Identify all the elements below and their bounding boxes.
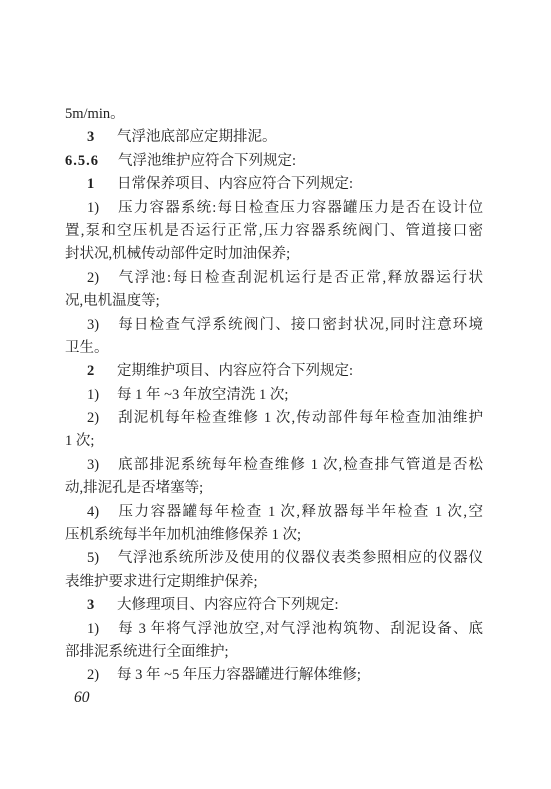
text-line: 1)每 3 年将气浮池放空,对气浮池构筑物、刮泥设备、底 (65, 618, 483, 641)
line-number: 5) (87, 547, 117, 570)
text-line: 封状况,机械传动部件定时加油保养; (65, 243, 483, 266)
line-number: 1) (87, 618, 117, 641)
text-line: 3大修理项目、内容应符合下列规定: (65, 594, 483, 617)
line-text: 封状况,机械传动部件定时加油保养; (65, 246, 290, 262)
text-line: 3气浮池底部应定期排泥。 (65, 126, 483, 149)
line-text: 卫生。 (65, 340, 109, 356)
line-text: 刮泥机每年检查维修 1 次,传动部件每年检查加油维护 (117, 410, 483, 426)
text-line: 置,泵和空压机是否运行正常,压力容器系统阀门、管道接口密 (65, 220, 483, 243)
text-line: 5m/min。 (65, 103, 483, 126)
line-text: 置,泵和空压机是否运行正常,压力容器系统阀门、管道接口密 (65, 223, 483, 239)
line-text: 气浮池:每日检查刮泥机运行是否正常,释放器运行状 (117, 270, 483, 286)
line-text: 气浮池系统所涉及使用的仪器仪表类参照相应的仪器仪 (117, 550, 483, 566)
line-number: 2) (87, 407, 117, 430)
line-text: 每日检查气浮系统阀门、接口密封状况,同时注意环境 (117, 317, 483, 333)
line-text: 气浮池底部应定期排泥。 (117, 129, 277, 145)
text-line: 压机系统每半年加机油维修保养 1 次; (65, 524, 483, 547)
line-text: 气浮池维护应符合下列规定: (118, 153, 296, 169)
text-line: 3)底部排泥系统每年检查维修 1 次,检查排气管道是否松 (65, 454, 483, 477)
text-line: 2)气浮池:每日检查刮泥机运行是否正常,释放器运行状 (65, 267, 483, 290)
line-text: 每 3 年将气浮池放空,对气浮池构筑物、刮泥设备、底 (117, 621, 483, 637)
line-text: 日常保养项目、内容应符合下列规定: (117, 176, 353, 192)
text-block: 5m/min。3气浮池底部应定期排泥。6.5.6气浮池维护应符合下列规定:1日常… (65, 103, 483, 688)
line-number: 3) (87, 454, 117, 477)
line-text: 况,电机温度等; (65, 293, 160, 309)
text-line: 1)每 1 年 ~3 年放空清洗 1 次; (65, 384, 483, 407)
line-number: 1 (87, 173, 117, 196)
text-line: 动,排泥孔是否堵塞等; (65, 477, 483, 500)
line-text: 每 3 年 ~5 年压力容器罐进行解体维修; (117, 667, 361, 683)
text-line: 2)每 3 年 ~5 年压力容器罐进行解体维修; (65, 664, 483, 687)
line-number: 2 (87, 360, 117, 383)
text-line: 况,电机温度等; (65, 290, 483, 313)
line-number: 3 (87, 126, 117, 149)
text-line: 1 次; (65, 430, 483, 453)
text-line: 5)气浮池系统所涉及使用的仪器仪表类参照相应的仪器仪 (65, 547, 483, 570)
line-number: 2) (87, 664, 117, 687)
text-line: 部排泥系统进行全面维护; (65, 641, 483, 664)
text-line: 6.5.6气浮池维护应符合下列规定: (65, 150, 483, 173)
line-text: 压力容器系统:每日检查压力容器罐压力是否在设计位 (117, 200, 483, 216)
line-text: 表维护要求进行定期维护保养; (65, 574, 258, 590)
line-text: 1 次; (65, 433, 94, 449)
line-number: 2) (87, 267, 117, 290)
line-text: 压力容器罐每年检查 1 次,释放器每半年检查 1 次,空 (117, 504, 483, 520)
text-line: 2)刮泥机每年检查维修 1 次,传动部件每年检查加油维护 (65, 407, 483, 430)
line-number: 4) (87, 501, 117, 524)
line-text: 底部排泥系统每年检查维修 1 次,检查排气管道是否松 (117, 457, 483, 473)
page-number: 60 (74, 688, 90, 708)
text-line: 1日常保养项目、内容应符合下列规定: (65, 173, 483, 196)
text-line: 2定期维护项目、内容应符合下列规定: (65, 360, 483, 383)
line-number: 3) (87, 314, 117, 337)
line-text: 定期维护项目、内容应符合下列规定: (117, 363, 353, 379)
line-number: 1) (87, 384, 117, 407)
document-page: 5m/min。3气浮池底部应定期排泥。6.5.6气浮池维护应符合下列规定:1日常… (0, 0, 551, 789)
line-text: 部排泥系统进行全面维护; (65, 644, 229, 660)
text-line: 1)压力容器系统:每日检查压力容器罐压力是否在设计位 (65, 197, 483, 220)
line-number: 6.5.6 (65, 150, 118, 173)
line-number: 3 (87, 594, 117, 617)
text-line: 3)每日检查气浮系统阀门、接口密封状况,同时注意环境 (65, 314, 483, 337)
line-number: 1) (87, 197, 117, 220)
line-text: 压机系统每半年加机油维修保养 1 次; (65, 527, 301, 543)
text-line: 4)压力容器罐每年检查 1 次,释放器每半年检查 1 次,空 (65, 501, 483, 524)
line-text: 每 1 年 ~3 年放空清洗 1 次; (117, 387, 288, 403)
line-text: 大修理项目、内容应符合下列规定: (117, 597, 339, 613)
text-line: 表维护要求进行定期维护保养; (65, 571, 483, 594)
text-line: 卫生。 (65, 337, 483, 360)
line-text: 动,排泥孔是否堵塞等; (65, 480, 203, 496)
line-text: 5m/min。 (65, 106, 125, 122)
